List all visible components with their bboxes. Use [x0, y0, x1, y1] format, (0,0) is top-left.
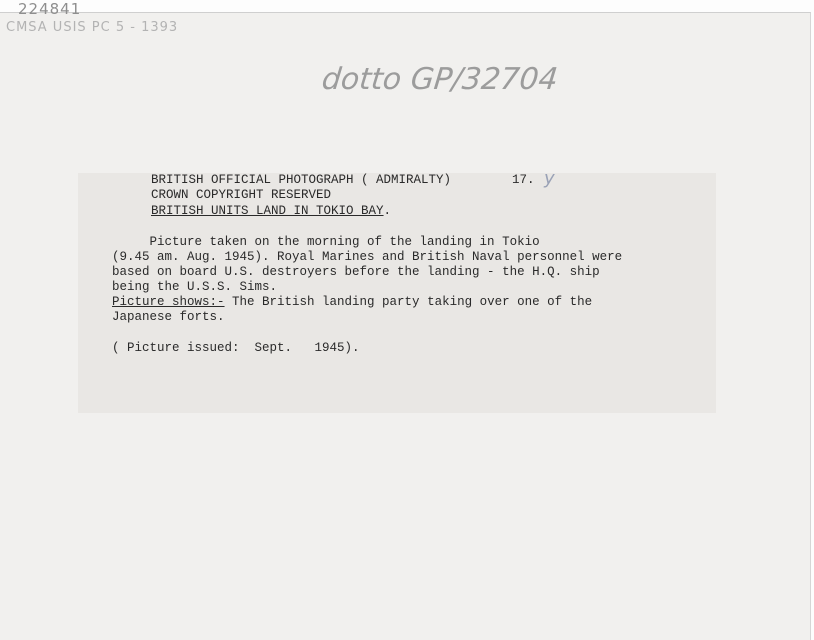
inventory-number: 224841: [18, 0, 81, 18]
picture-shows-text: The British landing party taking over on…: [225, 295, 593, 309]
photo-number: 17.: [512, 173, 535, 188]
caption-title-text: BRITISH UNITS LAND IN TOKIO BAY: [151, 204, 384, 218]
handwritten-mark: y: [544, 173, 555, 186]
collection-reference: CMSA USIS PC 5 - 1393: [6, 20, 178, 35]
header-line-1: BRITISH OFFICIAL PHOTOGRAPH ( ADMIRALTY): [151, 173, 451, 188]
body-line: being the U.S.S. Sims.: [112, 280, 277, 295]
caption-title: BRITISH UNITS LAND IN TOKIO BAY.: [151, 204, 391, 219]
body-line: based on board U.S. destroyers before th…: [112, 265, 600, 280]
cut-off-line: BRITISH OFFICIAL PHOTOGRAPH (ADMIRALTY)7…: [150, 404, 522, 410]
header-line-2: CROWN COPYRIGHT RESERVED: [151, 188, 331, 203]
archive-mark: dotto GP/32704: [320, 62, 559, 97]
picture-shows-label: Picture shows:-: [112, 295, 225, 309]
caption-title-suffix: .: [384, 204, 392, 218]
issued-date: ( Picture issued: Sept. 1945).: [112, 341, 360, 356]
body-line: (9.45 am. Aug. 1945). Royal Marines and …: [112, 250, 622, 265]
caption-label: BRITISH OFFICIAL PHOTOGRAPH ( ADMIRALTY)…: [78, 173, 716, 413]
picture-shows: Picture shows:- The British landing part…: [112, 295, 592, 310]
picture-shows-text-2: Japanese forts.: [112, 310, 225, 325]
body-line: Picture taken on the morning of the land…: [112, 235, 540, 250]
